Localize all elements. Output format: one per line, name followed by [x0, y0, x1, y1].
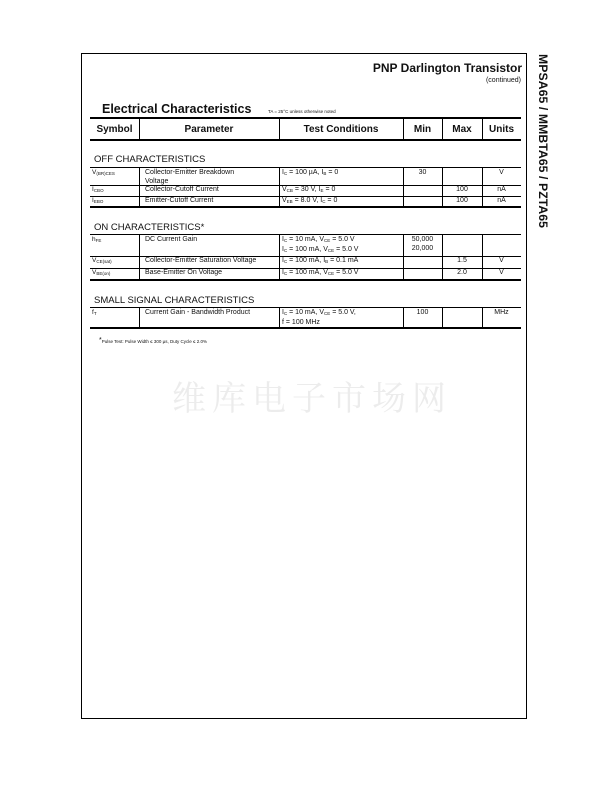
symbol: VCE(sat)	[92, 257, 112, 267]
max-value: 2.0	[442, 269, 482, 278]
max-value: 100	[442, 186, 482, 195]
rule	[90, 307, 521, 308]
test-conditions: IC = 100 mA, VCE = 5.0 V	[282, 269, 358, 279]
symbol: ICBO	[92, 186, 104, 196]
units: nA	[482, 197, 521, 206]
column-divider	[139, 235, 140, 256]
column-header-units: Units	[482, 124, 521, 135]
column-divider	[279, 185, 280, 196]
test-conditions: IC = 10 mA, VCE = 5.0 VIC = 100 mA, VCE …	[282, 236, 358, 255]
parameter: DC Current Gain	[145, 236, 197, 245]
symbol: fT	[92, 309, 97, 319]
units: MHz	[482, 309, 521, 318]
parameter: Base-Emitter On Voltage	[145, 269, 222, 278]
column-divider	[279, 308, 280, 327]
column-header-min: Min	[403, 124, 442, 135]
rule	[90, 327, 521, 329]
column-divider	[403, 256, 404, 268]
part-number-sidebar: MPSA65 / MMBTA65 / PZTA65	[532, 54, 552, 264]
rule	[90, 117, 521, 119]
column-divider	[279, 168, 280, 185]
column-divider	[403, 185, 404, 196]
column-header-test-conditions: Test Conditions	[279, 124, 403, 135]
column-header-symbol: Symbol	[90, 124, 139, 135]
test-conditions: IC = 100 µA, IB = 0	[282, 169, 338, 179]
parameter: Emitter-Cutoff Current	[145, 197, 213, 206]
rule	[90, 139, 521, 141]
continued-label: (continued)	[486, 77, 521, 84]
section-title: Electrical Characteristics	[102, 102, 251, 116]
column-divider	[403, 268, 404, 279]
test-conditions: VEB = 8.0 V, IC = 0	[282, 197, 337, 207]
column-divider	[139, 185, 140, 196]
group-title: OFF CHARACTERISTICS	[94, 154, 205, 165]
column-divider	[482, 235, 483, 256]
min-value: 30	[403, 169, 442, 178]
column-divider	[442, 308, 443, 327]
min-value: 50,00020,000	[403, 236, 442, 253]
symbol: IEBO	[92, 197, 103, 207]
parameter: Collector-Emitter BreakdownVoltage	[145, 169, 234, 186]
column-divider	[139, 308, 140, 327]
parameter: Collector-Cutoff Current	[145, 186, 219, 195]
group-title: SMALL SIGNAL CHARACTERISTICS	[94, 295, 254, 306]
column-header-parameter: Parameter	[139, 124, 279, 135]
document-title: PNP Darlington Transistor	[373, 61, 522, 75]
watermark: 维库电子市场网	[172, 371, 452, 420]
column-header-max: Max	[442, 124, 482, 135]
column-divider	[442, 235, 443, 256]
column-divider	[279, 256, 280, 268]
symbol: hFE	[92, 236, 101, 246]
column-divider	[279, 268, 280, 279]
column-divider	[139, 196, 140, 206]
test-conditions: IC = 100 mA, IB = 0.1 mA	[282, 257, 358, 267]
parameter: Collector-Emitter Saturation Voltage	[145, 257, 256, 266]
column-divider	[139, 268, 140, 279]
part-numbers: MPSA65 / MMBTA65 / PZTA65	[536, 54, 550, 228]
column-divider	[403, 196, 404, 206]
test-conditions: IC = 10 mA, VCE = 5.0 V,f = 100 MHz	[282, 309, 356, 327]
units: nA	[482, 186, 521, 195]
section-note: TA = 25°C unless otherwise noted	[268, 109, 336, 114]
column-divider	[279, 235, 280, 256]
max-value: 100	[442, 197, 482, 206]
column-divider	[139, 256, 140, 268]
rule	[90, 167, 521, 168]
max-value: 1.5	[442, 257, 482, 266]
footnote: *Pulse Test: Pulse Width ≤ 300 µs, Duty …	[99, 337, 207, 344]
rule	[90, 234, 521, 235]
symbol: VBE(on)	[92, 269, 110, 279]
column-divider	[442, 168, 443, 185]
symbol: V(BR)CES	[92, 169, 115, 179]
column-divider	[139, 168, 140, 185]
column-divider	[279, 196, 280, 206]
test-conditions: VCB = 30 V, IE = 0	[282, 186, 335, 196]
units: V	[482, 269, 521, 278]
parameter: Current Gain - Bandwidth Product	[145, 309, 250, 318]
rule	[90, 279, 521, 281]
units: V	[482, 169, 521, 178]
units: V	[482, 257, 521, 266]
min-value: 100	[403, 309, 442, 318]
group-title: ON CHARACTERISTICS*	[94, 222, 204, 233]
footnote-text: Pulse Test: Pulse Width ≤ 300 µs, Duty C…	[102, 339, 207, 344]
